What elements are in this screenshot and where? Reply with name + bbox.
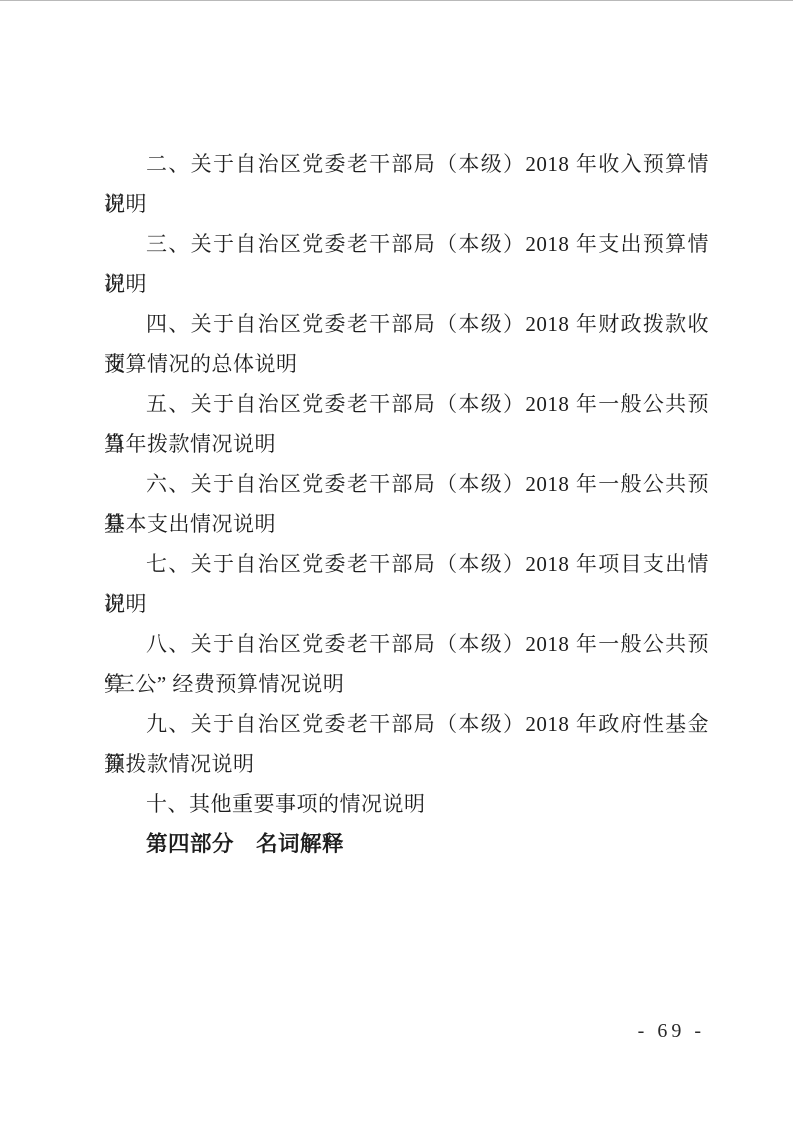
toc-line: 说明 bbox=[104, 184, 709, 224]
toc-item-9: 九、关于自治区党委老干部局（本级）2018 年政府性基金预 算拨款情况说明 bbox=[104, 704, 709, 784]
section-heading: 第四部分 名词解释 bbox=[104, 824, 709, 864]
toc-line: 四、关于自治区党委老干部局（本级）2018 年财政拨款收支 bbox=[104, 304, 709, 344]
toc-item-10: 十、其他重要事项的情况说明 bbox=[104, 784, 709, 824]
toc-line: 二、关于自治区党委老干部局（本级）2018 年收入预算情况 bbox=[104, 144, 709, 184]
toc-item-6: 六、关于自治区党委老干部局（本级）2018 年一般公共预算 基本支出情况说明 bbox=[104, 464, 709, 544]
page-number: - 69 - bbox=[638, 1017, 705, 1045]
toc-line: “三公” 经费预算情况说明 bbox=[104, 664, 709, 704]
toc-line: 三、关于自治区党委老干部局（本级）2018 年支出预算情况 bbox=[104, 224, 709, 264]
toc-line: 算拨款情况说明 bbox=[104, 744, 709, 784]
toc-line: 五、关于自治区党委老干部局（本级）2018 年一般公共预算 bbox=[104, 384, 709, 424]
document-page: 二、关于自治区党委老干部局（本级）2018 年收入预算情况 说明 三、关于自治区… bbox=[0, 0, 793, 1122]
toc-line: 基本支出情况说明 bbox=[104, 504, 709, 544]
toc-item-8: 八、关于自治区党委老干部局（本级）2018 年一般公共预算 “三公” 经费预算情… bbox=[104, 624, 709, 704]
toc-item-4: 四、关于自治区党委老干部局（本级）2018 年财政拨款收支 预算情况的总体说明 bbox=[104, 304, 709, 384]
toc-line: 当年拨款情况说明 bbox=[104, 424, 709, 464]
toc-line: 六、关于自治区党委老干部局（本级）2018 年一般公共预算 bbox=[104, 464, 709, 504]
toc-line: 九、关于自治区党委老干部局（本级）2018 年政府性基金预 bbox=[104, 704, 709, 744]
toc-item-3: 三、关于自治区党委老干部局（本级）2018 年支出预算情况 说明 bbox=[104, 224, 709, 304]
toc-line: 说明 bbox=[104, 264, 709, 304]
toc-line: 七、关于自治区党委老干部局（本级）2018 年项目支出情况 bbox=[104, 544, 709, 584]
toc-line: 预算情况的总体说明 bbox=[104, 344, 709, 384]
toc-line: 说明 bbox=[104, 584, 709, 624]
toc-item-2: 二、关于自治区党委老干部局（本级）2018 年收入预算情况 说明 bbox=[104, 144, 709, 224]
toc-line: 八、关于自治区党委老干部局（本级）2018 年一般公共预算 bbox=[104, 624, 709, 664]
toc-item-7: 七、关于自治区党委老干部局（本级）2018 年项目支出情况 说明 bbox=[104, 544, 709, 624]
toc-content: 二、关于自治区党委老干部局（本级）2018 年收入预算情况 说明 三、关于自治区… bbox=[104, 144, 709, 864]
toc-item-5: 五、关于自治区党委老干部局（本级）2018 年一般公共预算 当年拨款情况说明 bbox=[104, 384, 709, 464]
toc-line: 十、其他重要事项的情况说明 bbox=[104, 784, 709, 824]
